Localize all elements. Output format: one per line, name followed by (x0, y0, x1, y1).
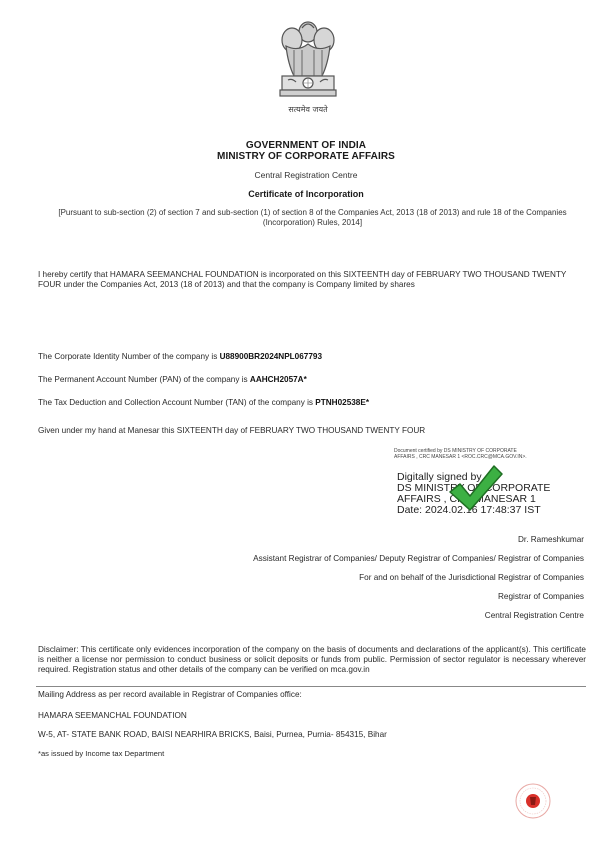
tan-line: The Tax Deduction and Collection Account… (38, 398, 369, 407)
pan-line: The Permanent Account Number (PAN) of th… (38, 375, 307, 384)
office-name: Central Registration Centre (0, 170, 612, 180)
document-certified-note: Document certified by DS MINISTRY OF COR… (394, 448, 527, 460)
signatory-behalf: For and on behalf of the Jurisdictional … (359, 573, 584, 582)
pan-label: The Permanent Account Number (PAN) of th… (38, 375, 250, 384)
pan-value: AAHCH2057A* (250, 375, 307, 384)
certified-line-2: AFFAIRS , CRC MANESAR 1 <ROC.CRC@MCA.GOV… (394, 454, 527, 460)
cin-value: U88900BR2024NPL067793 (220, 352, 322, 361)
certification-statement: I hereby certify that HAMARA SEEMANCHAL … (38, 270, 588, 290)
mailing-address-label: Mailing Address as per record available … (38, 690, 302, 699)
tan-label: The Tax Deduction and Collection Account… (38, 398, 315, 407)
cin-label: The Corporate Identity Number of the com… (38, 352, 220, 361)
tan-value: PTNH02538E* (315, 398, 369, 407)
signatory-designation: Assistant Registrar of Companies/ Deputy… (253, 554, 584, 563)
mailing-company-name: HAMARA SEEMANCHAL FOUNDATION (38, 711, 187, 720)
ministry-heading: MINISTRY OF CORPORATE AFFAIRS (0, 151, 612, 162)
government-heading: GOVERNMENT OF INDIA (0, 140, 612, 151)
disclaimer: Disclaimer: This certificate only eviden… (38, 645, 586, 674)
verified-checkmark-icon (446, 462, 504, 514)
national-emblem-icon: सत्यमेव जयते (266, 6, 350, 122)
registrar-office: Registrar of Companies (498, 592, 584, 601)
pan-tan-footnote: *as issued by Income tax Department (38, 749, 164, 758)
mca-seal-icon (514, 782, 552, 820)
registration-centre: Central Registration Centre (485, 611, 584, 620)
mailing-address: W-5, AT- STATE BANK ROAD, BAISI NEARHIRA… (38, 730, 387, 739)
divider (36, 686, 586, 687)
signatory-name: Dr. Rameshkumar (518, 535, 584, 544)
cin-line: The Corporate Identity Number of the com… (38, 352, 322, 361)
certificate-title: Certificate of Incorporation (0, 189, 612, 199)
given-under-hand: Given under my hand at Manesar this SIXT… (38, 426, 425, 435)
svg-text:सत्यमेव जयते: सत्यमेव जयते (288, 104, 328, 114)
pursuant-clause: [Pursuant to sub-section (2) of section … (40, 208, 585, 228)
